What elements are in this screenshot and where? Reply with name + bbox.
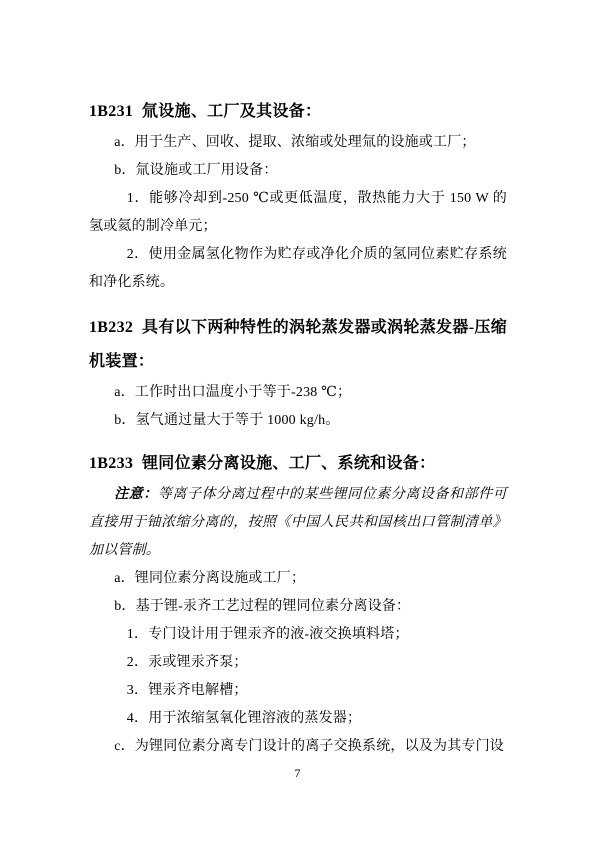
paragraph-item-a: a．锂同位素分离设施或工厂； <box>89 565 507 593</box>
section-1b232: 1B232具有以下两种特性的涡轮蒸发器或涡轮蒸发器-压缩机装置： a．工作时出口… <box>89 311 507 435</box>
paragraph-subitem-1: 1．能够冷却到-250 ℃或更低温度，散热能力大于 150 W 的氢或氦的制冷单… <box>89 185 507 241</box>
paragraph-item-b: b．氢气通过量大于等于 1000 kg/h。 <box>89 407 507 435</box>
paragraph-subitem-2: 2．汞或锂汞齐泵； <box>89 649 507 677</box>
page-number: 7 <box>0 766 595 780</box>
paragraph-subitem-1: 1．专门设计用于锂汞齐的液-液交换填料塔； <box>89 621 507 649</box>
section-code: 1B232 <box>89 319 133 336</box>
paragraph-item-a: a．工作时出口温度小于等于-238 ℃； <box>89 379 507 407</box>
section-1b233: 1B233锂同位素分离设施、工厂、系统和设备： 注意：等离子体分离过程中的某些锂… <box>89 447 507 761</box>
paragraph-subitem-3: 3．锂汞齐电解槽； <box>89 677 507 705</box>
note-label: 注意： <box>114 487 158 502</box>
document-page: 1B231氚设施、工厂及其设备： a．用于生产、回收、提取、浓缩或处理氚的设施或… <box>0 0 595 841</box>
section-code: 1B233 <box>89 455 133 472</box>
paragraph-item-b: b．氚设施或工厂用设备： <box>89 157 507 185</box>
section-title: 锂同位素分离设施、工厂、系统和设备： <box>142 455 435 472</box>
note-paragraph: 注意：等离子体分离过程中的某些锂同位素分离设备和部件可直接用于铀浓缩分离的，按照… <box>89 481 507 565</box>
paragraph-item-b: b．基于锂-汞齐工艺过程的锂同位素分离设备： <box>89 593 507 621</box>
section-1b231: 1B231氚设施、工厂及其设备： a．用于生产、回收、提取、浓缩或处理氚的设施或… <box>89 95 507 297</box>
section-heading: 1B232具有以下两种特性的涡轮蒸发器或涡轮蒸发器-压缩机装置： <box>89 311 507 379</box>
section-heading: 1B233锂同位素分离设施、工厂、系统和设备： <box>89 447 507 481</box>
section-title: 具有以下两种特性的涡轮蒸发器或涡轮蒸发器-压缩机装置： <box>89 319 507 370</box>
section-heading: 1B231氚设施、工厂及其设备： <box>89 95 507 129</box>
paragraph-item-a: a．用于生产、回收、提取、浓缩或处理氚的设施或工厂； <box>89 129 507 157</box>
section-code: 1B231 <box>89 103 133 120</box>
section-title: 氚设施、工厂及其设备： <box>142 103 321 120</box>
paragraph-item-c: c．为锂同位素分离专门设计的离子交换系统，以及为其专门设 <box>89 733 507 761</box>
paragraph-subitem-2: 2．使用金属氢化物作为贮存或净化介质的氢同位素贮存系统和净化系统。 <box>89 241 507 297</box>
paragraph-subitem-4: 4．用于浓缩氢氧化锂溶液的蒸发器； <box>89 705 507 733</box>
